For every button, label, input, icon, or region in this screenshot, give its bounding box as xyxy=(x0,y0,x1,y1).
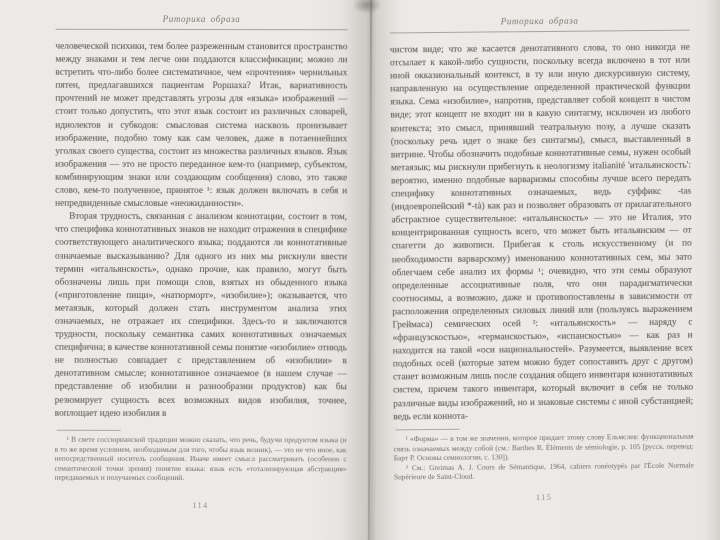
right-page-number: 115 xyxy=(394,492,694,504)
left-page-number: 114 xyxy=(54,501,346,511)
right-footnote-1: ¹ «Форма» — в том же значении, которое п… xyxy=(394,432,694,464)
right-footnote-rule xyxy=(396,429,460,431)
book-scan: Риторика образа человеческой психики, те… xyxy=(0,0,720,540)
right-body-text: чистом виде; что же касается денотативно… xyxy=(390,42,694,427)
left-footnotes: ¹ В свете соссюрианской традиции можно с… xyxy=(55,435,347,496)
left-body-text: человеческой психики, тем более разрежен… xyxy=(55,41,348,427)
page-edge-shadow xyxy=(706,0,720,540)
right-footnotes: ¹ «Форма» — в том же значении, которое п… xyxy=(394,432,695,499)
right-footnote-2: ² См.: Greimas A. J. Cours de Sémantique… xyxy=(394,460,694,482)
right-paragraph-continued: чистом виде; что же касается денотативно… xyxy=(390,42,694,425)
left-running-head: Риторика образа xyxy=(56,14,348,25)
spine-top-smudge xyxy=(352,0,382,14)
left-page: Риторика образа человеческой психики, те… xyxy=(54,14,347,527)
right-header-rule xyxy=(390,30,690,34)
right-page: Риторика образа чистом виде; что же каса… xyxy=(390,15,695,530)
left-paragraph-continued: человеческой психики, тем более разрежен… xyxy=(55,41,347,212)
left-footnote-rule xyxy=(57,430,121,431)
spine-crease-line xyxy=(368,0,372,540)
left-paragraph-second: Вторая трудность, связанная с анализом к… xyxy=(55,211,347,421)
right-running-head: Риторика образа xyxy=(390,15,690,28)
left-header-rule xyxy=(56,29,348,31)
left-footnote: ¹ В свете соссюрианской традиции можно с… xyxy=(55,435,347,484)
